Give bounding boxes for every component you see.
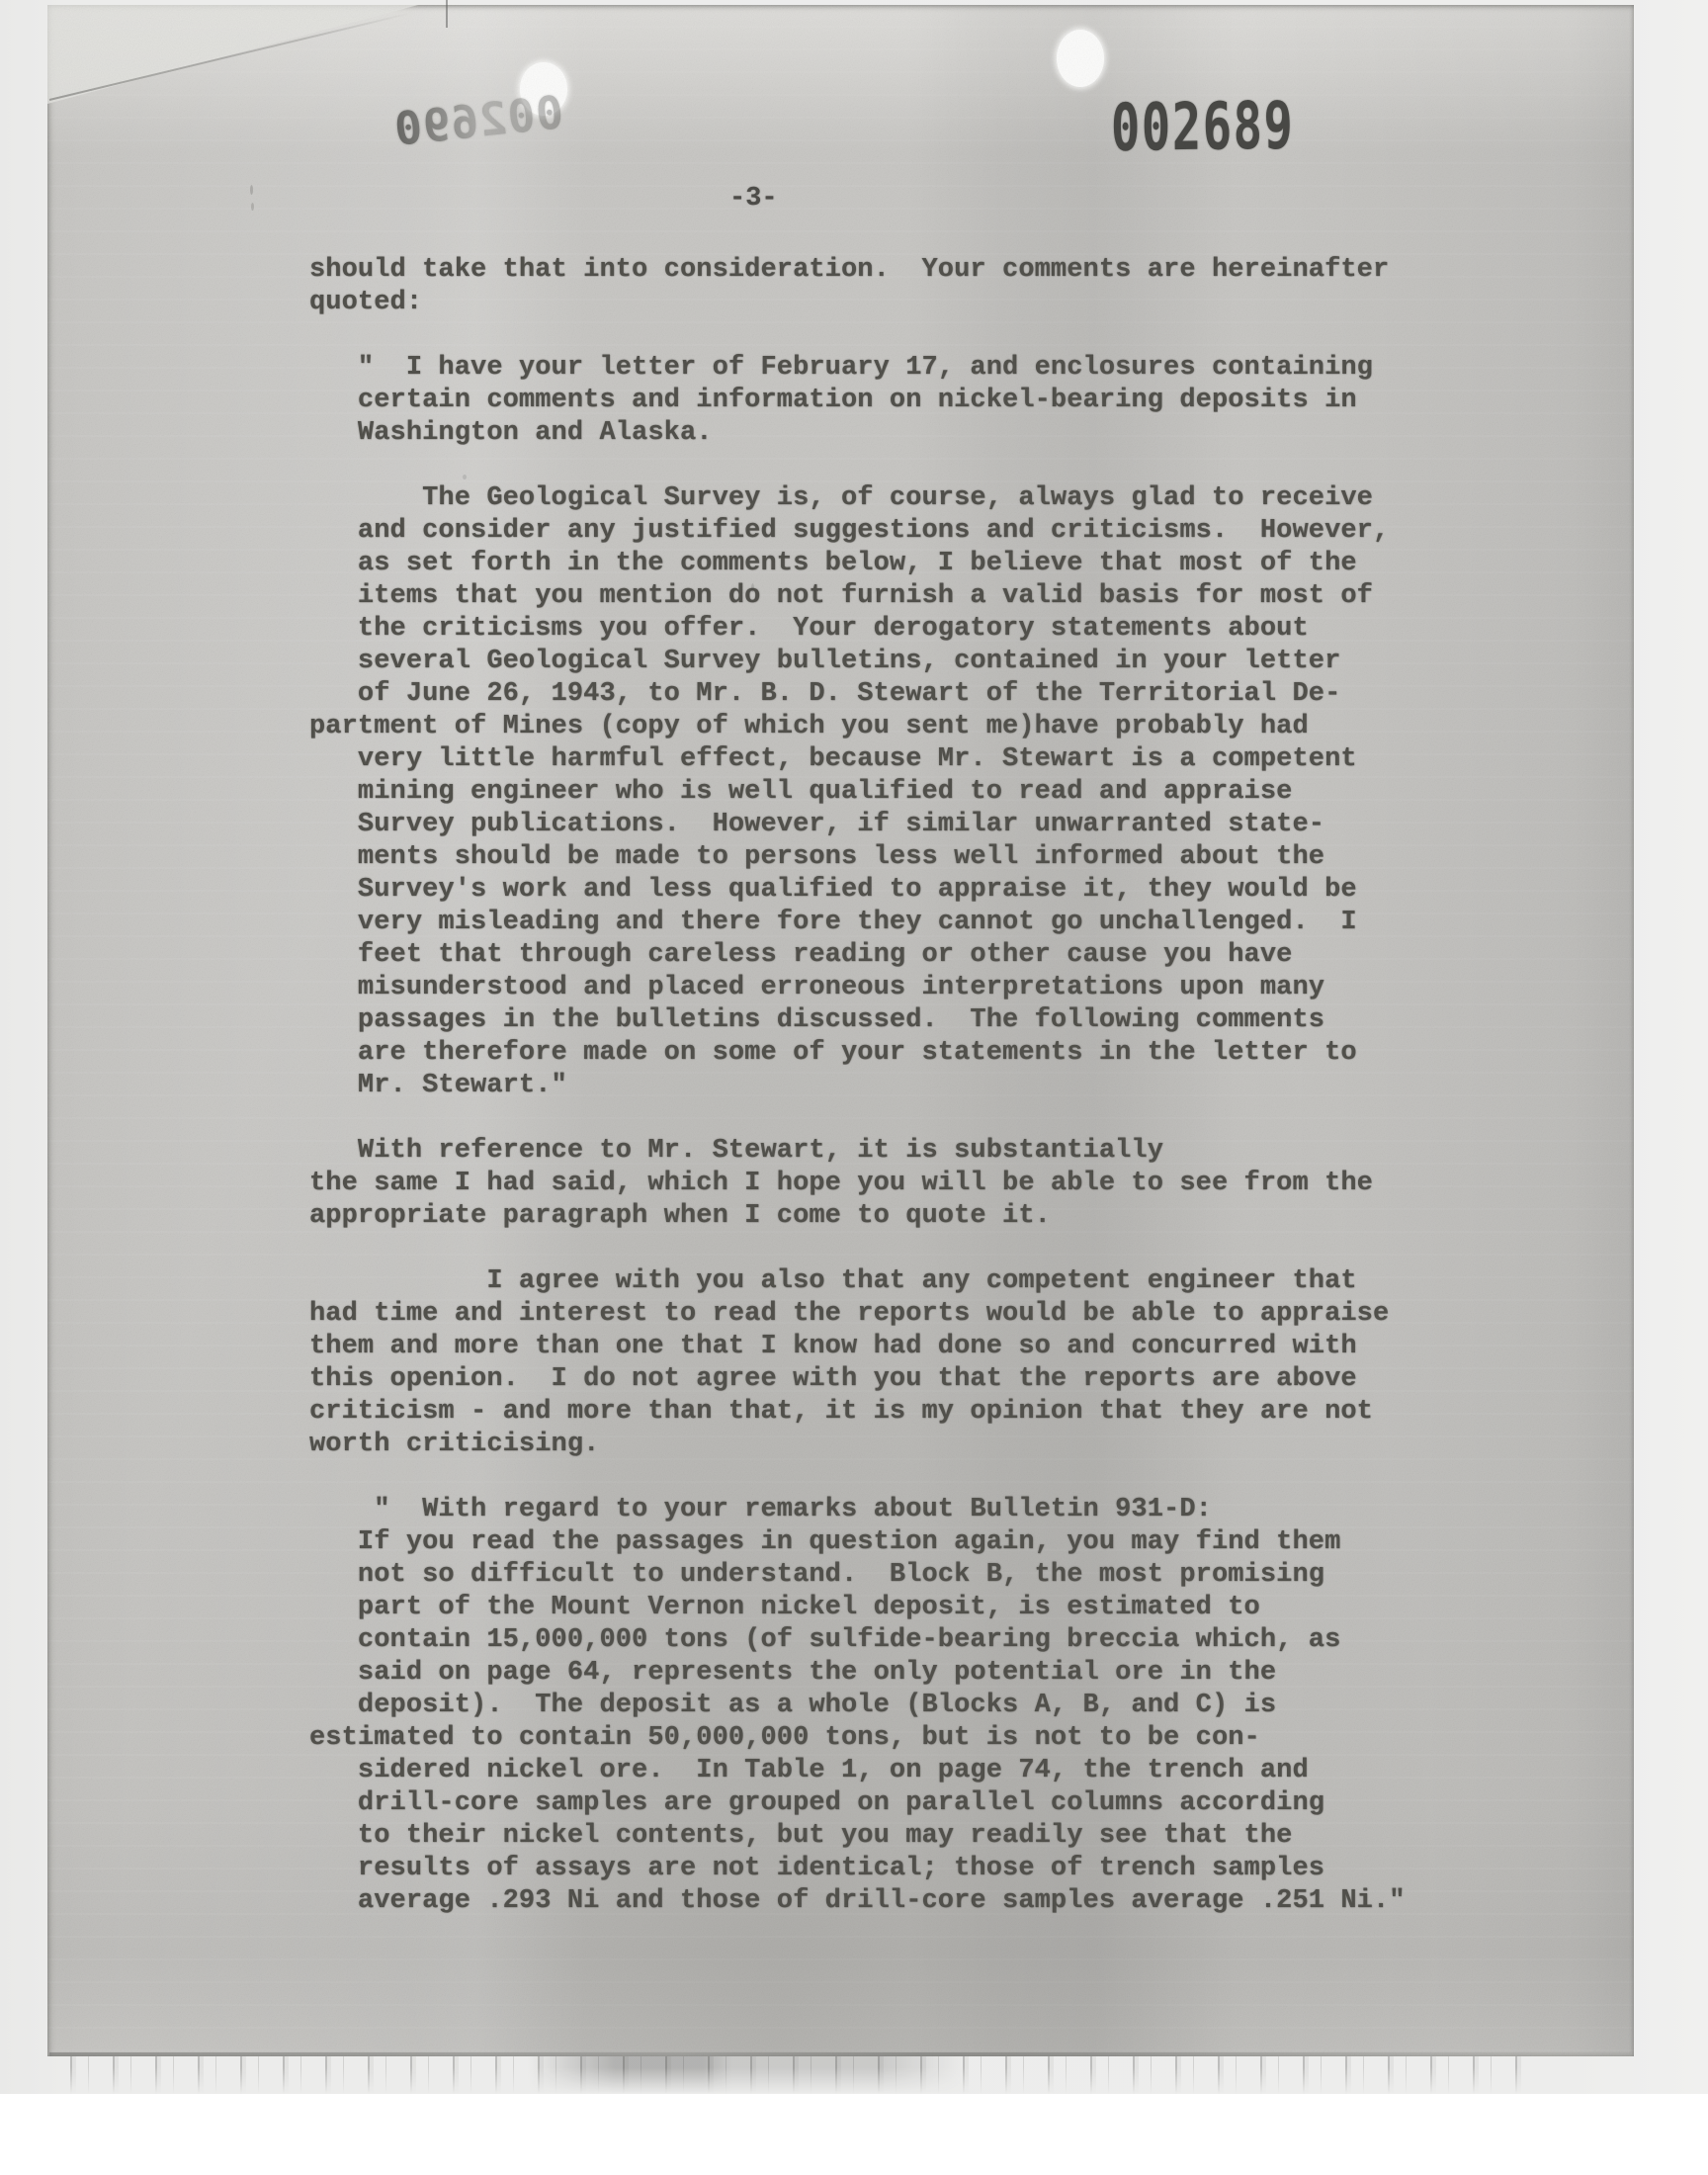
paper-speck (751, 583, 754, 592)
scan-white-margin (0, 2094, 1708, 2175)
mirrored-bleedthrough-stamp: 002690 (391, 85, 566, 156)
scanned-letter-page: 002690 002689 -3- should take that into … (0, 0, 1708, 2175)
paper-speck (463, 475, 467, 479)
paper-speck (251, 203, 254, 211)
serial-number-stamp: 002689 (1111, 87, 1295, 166)
hole-punch-right (1057, 30, 1104, 87)
letter-paper: 002690 002689 -3- should take that into … (47, 5, 1634, 2056)
paper-speck (250, 185, 253, 195)
typed-letter-body: should take that into consideration. You… (309, 254, 1406, 1918)
fold-mark (446, 0, 448, 28)
scanner-streak-artifacts (59, 2056, 1522, 2094)
page-number: -3- (729, 184, 778, 214)
